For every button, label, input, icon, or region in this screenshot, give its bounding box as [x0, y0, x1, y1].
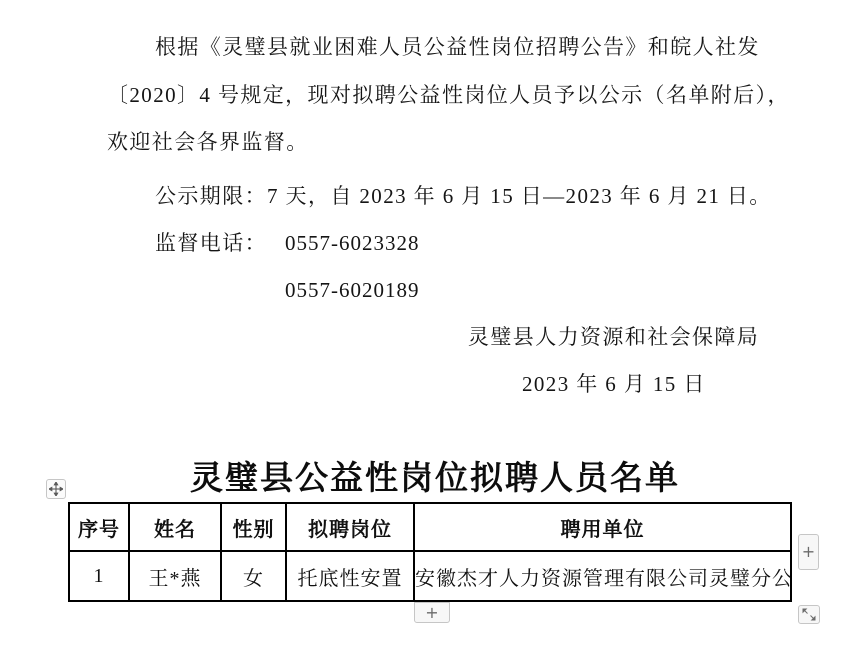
- table-title: 灵璧县公益性岗位拟聘人员名单: [65, 452, 805, 499]
- header-position[interactable]: 拟聘岗位: [286, 503, 414, 551]
- table-header-row: 序号 姓名 性别 拟聘岗位 聘用单位: [69, 503, 791, 551]
- plus-icon: +: [425, 605, 438, 621]
- header-seq[interactable]: 序号: [69, 503, 129, 551]
- header-name[interactable]: 姓名: [129, 503, 221, 551]
- publicity-period-line: 公示期限：7 天，自 2023 年 6 月 15 日—2023 年 6 月 21…: [155, 183, 772, 209]
- cell-employer-text: 安徽杰才人力资源管理有限公司灵璧分公司: [415, 568, 791, 590]
- table-resize-handle[interactable]: [798, 605, 820, 624]
- move-icon: [49, 482, 63, 496]
- phone-number-1: 0557-6023328: [285, 230, 420, 256]
- cell-gender[interactable]: 女: [221, 551, 286, 601]
- roster-table: 序号 姓名 性别 拟聘岗位 聘用单位 1 王*燕 女 托底性安置 安徽杰才人力资…: [68, 502, 792, 602]
- add-row-button[interactable]: +: [414, 602, 450, 623]
- signature-date: 2023 年 6 月 15 日: [522, 371, 706, 397]
- phone-number-2: 0557-6020189: [285, 277, 420, 303]
- paragraph-line-3: 欢迎社会各界监督。: [107, 129, 309, 155]
- cell-position[interactable]: 托底性安置: [286, 551, 414, 601]
- header-employer[interactable]: 聘用单位: [414, 503, 791, 551]
- resize-diagonal-icon: [801, 608, 817, 621]
- paragraph-line-2: 〔2020〕4 号规定，现对拟聘公益性岗位人员予以公示（名单附后），: [107, 82, 790, 108]
- header-gender[interactable]: 性别: [221, 503, 286, 551]
- table-move-handle[interactable]: [46, 479, 66, 499]
- cell-seq[interactable]: 1: [69, 551, 129, 601]
- signature-org: 灵璧县人力资源和社会保障局: [468, 324, 759, 350]
- paragraph-line-1: 根据《灵璧县就业困难人员公益性岗位招聘公告》和皖人社发: [155, 34, 760, 60]
- phone-label: 监督电话：: [155, 230, 267, 256]
- cell-employer[interactable]: 安徽杰才人力资源管理有限公司灵璧分公司: [414, 551, 791, 601]
- table-row: 1 王*燕 女 托底性安置 安徽杰才人力资源管理有限公司灵璧分公司: [69, 551, 791, 601]
- document-page: 根据《灵璧县就业困难人员公益性岗位招聘公告》和皖人社发 〔2020〕4 号规定，…: [0, 0, 851, 672]
- plus-icon: +: [802, 544, 815, 560]
- add-column-button[interactable]: +: [798, 534, 819, 570]
- cell-name[interactable]: 王*燕: [129, 551, 221, 601]
